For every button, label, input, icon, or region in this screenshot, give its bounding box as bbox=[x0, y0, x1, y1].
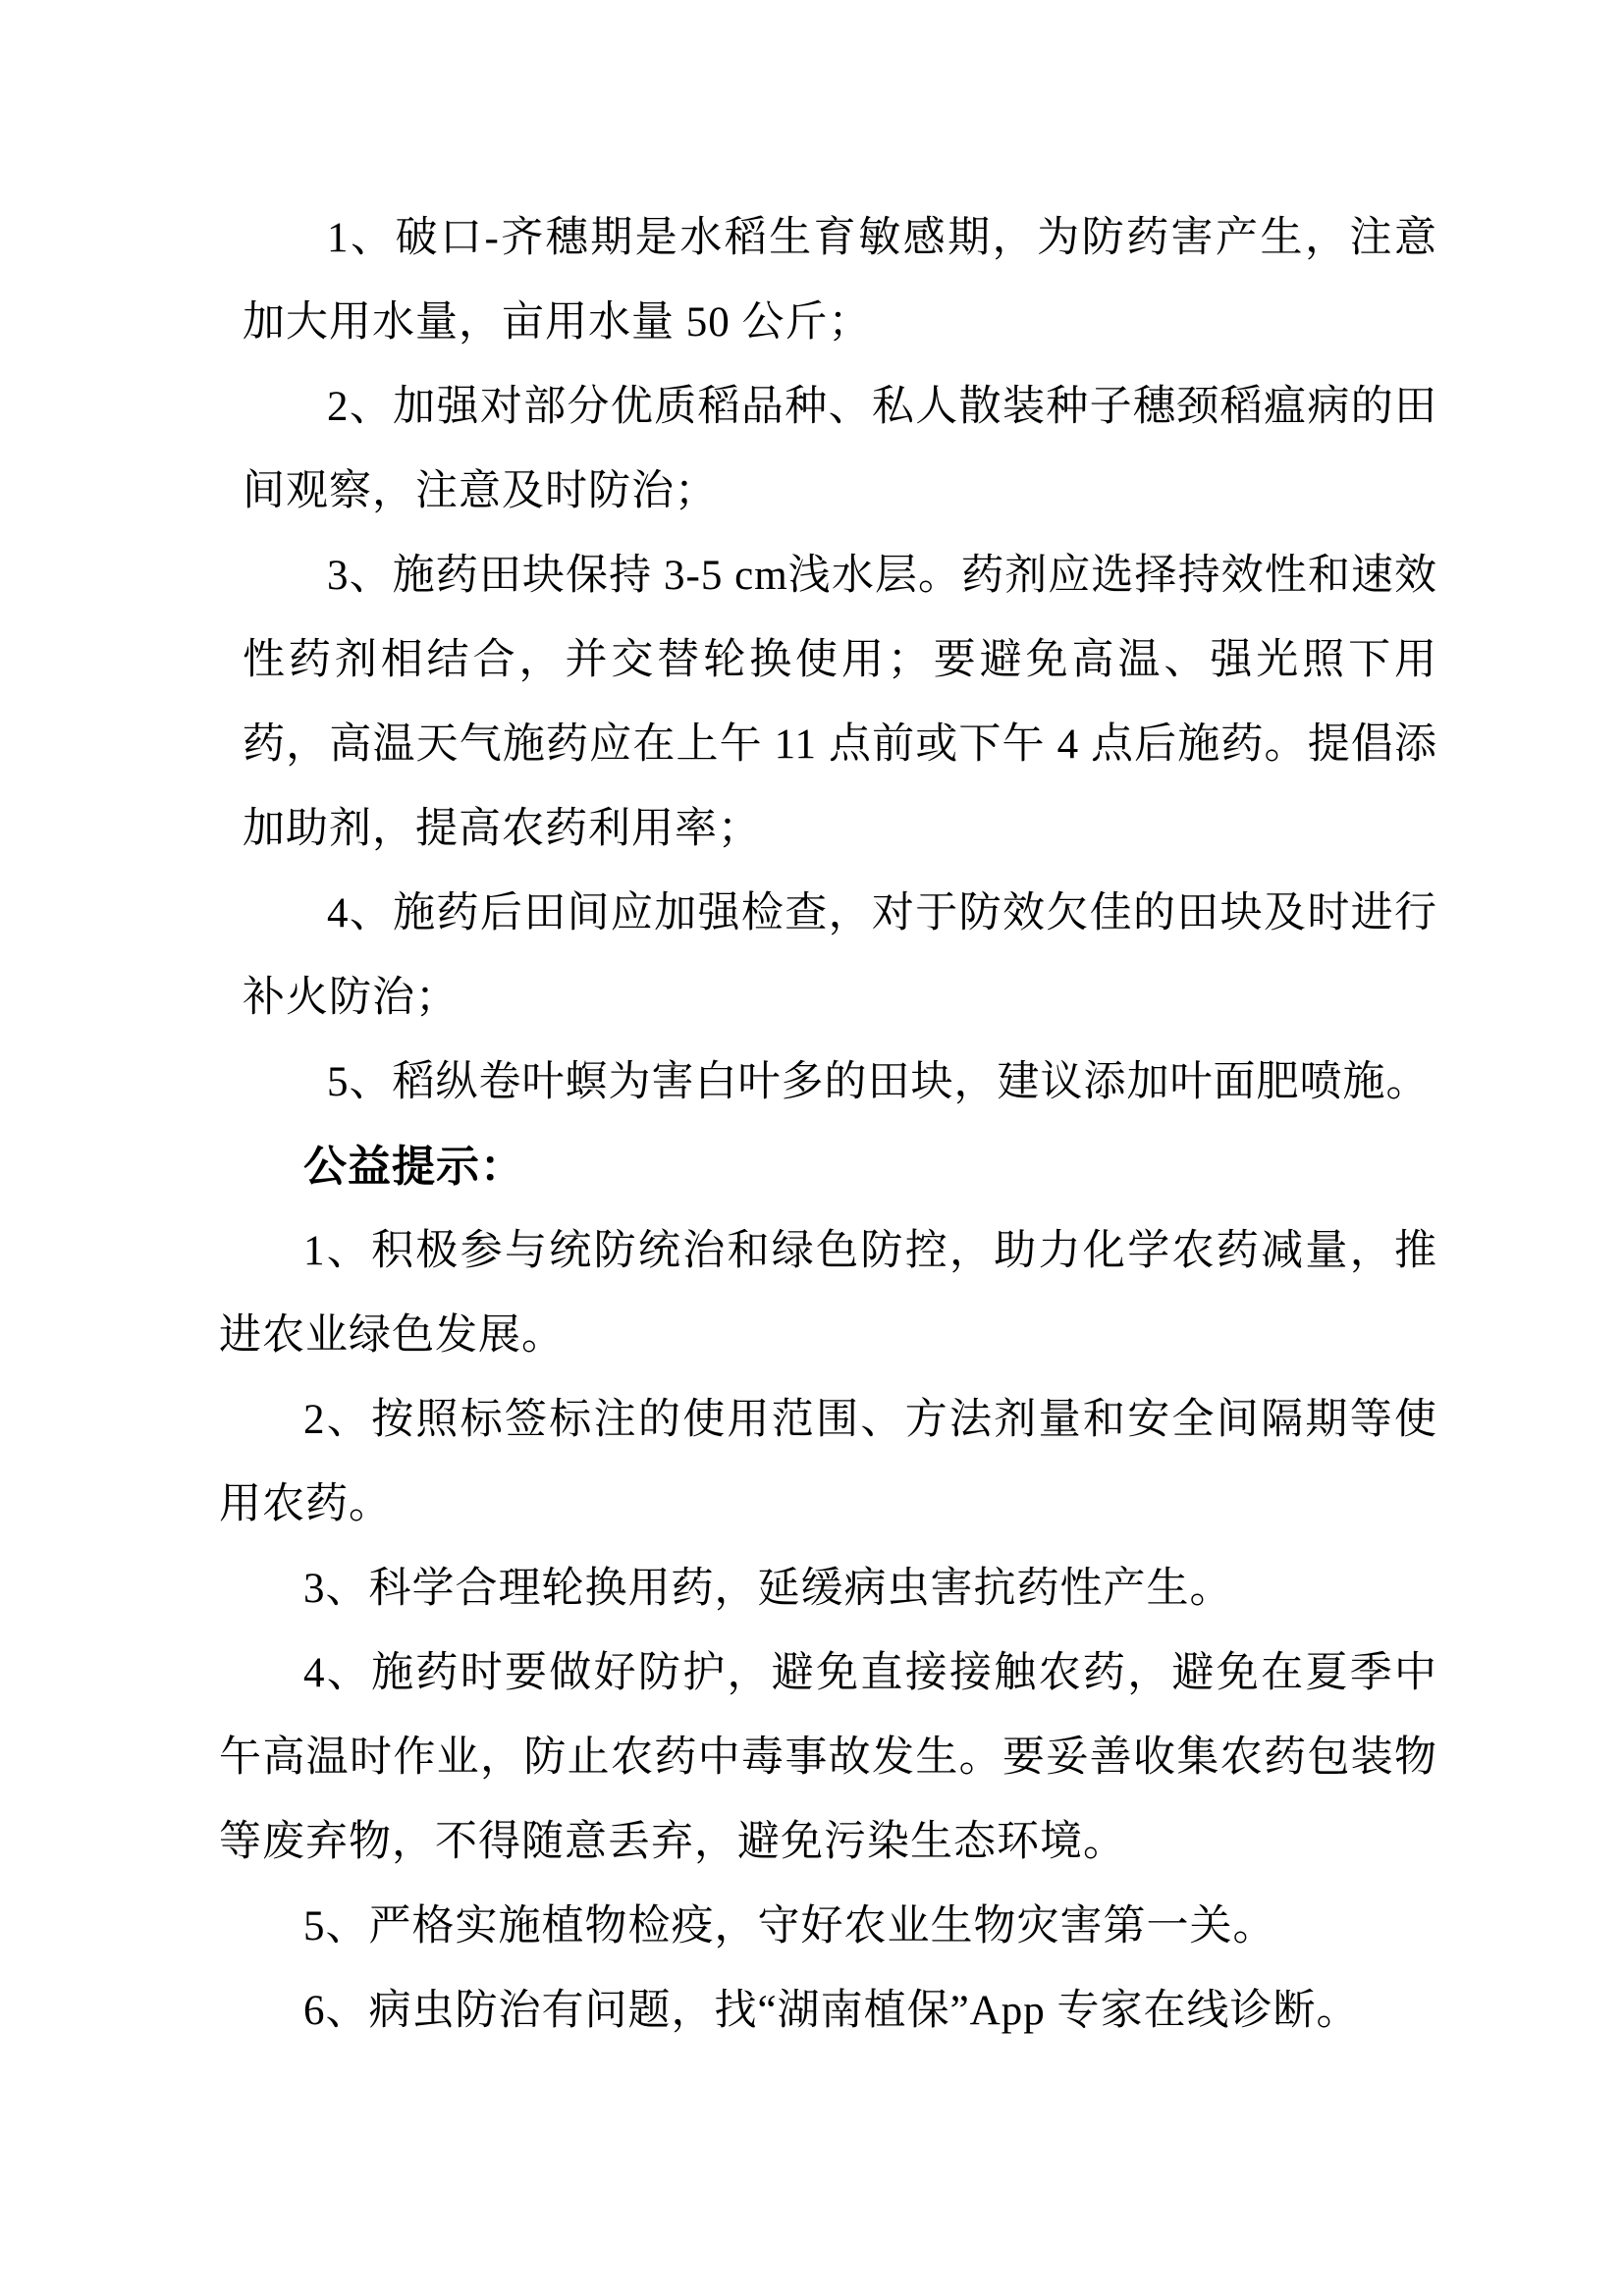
rice-advice-item: 4、施药后田间应加强检查，对于防效欠佳的田块及时进行补火防治； bbox=[243, 872, 1437, 1041]
notice-item: 1、积极参与统防统治和绿色防控，助力化学农药减量，推进农业绿色发展。 bbox=[219, 1209, 1437, 1378]
rice-advice-item: 3、施药田块保持 3-5 cm浅水层。药剂应选择持效性和速效性药剂相结合，并交替… bbox=[243, 534, 1437, 872]
document-page: 1、破口-齐穗期是水稻生育敏感期，为防药害产生，注意加大用水量，亩用水量 50 … bbox=[0, 0, 1624, 2296]
document-content: 1、破口-齐穗期是水稻生育敏感期，为防药害产生，注意加大用水量，亩用水量 50 … bbox=[0, 0, 1624, 2054]
rice-advice-item: 1、破口-齐穗期是水稻生育敏感期，为防药害产生，注意加大用水量，亩用水量 50 … bbox=[243, 196, 1437, 365]
notice-item: 6、病虫防治有问题，找“湖南植保”App 专家在线诊断。 bbox=[219, 1969, 1437, 2054]
notice-item: 3、科学合理轮换用药，延缓病虫害抗药性产生。 bbox=[219, 1547, 1437, 1631]
rice-advice-section: 1、破口-齐穗期是水稻生育敏感期，为防药害产生，注意加大用水量，亩用水量 50 … bbox=[219, 196, 1437, 1125]
notice-heading: 公益提示： bbox=[219, 1125, 1437, 1209]
notice-item: 4、施药时要做好防护，避免直接接触农药，避免在夏季中午高温时作业，防止农药中毒事… bbox=[219, 1631, 1437, 1885]
notice-item: 2、按照标签标注的使用范围、方法剂量和安全间隔期等使用农药。 bbox=[219, 1378, 1437, 1547]
notice-item: 5、严格实施植物检疫，守好农业生物灾害第一关。 bbox=[219, 1885, 1437, 1969]
notice-section: 1、积极参与统防统治和绿色防控，助力化学农药减量，推进农业绿色发展。 2、按照标… bbox=[219, 1209, 1437, 2054]
rice-advice-item: 5、稻纵卷叶螟为害白叶多的田块，建议添加叶面肥喷施。 bbox=[243, 1041, 1437, 1125]
rice-advice-item: 2、加强对部分优质稻品种、私人散装种子穗颈稻瘟病的田间观察，注意及时防治； bbox=[243, 365, 1437, 534]
